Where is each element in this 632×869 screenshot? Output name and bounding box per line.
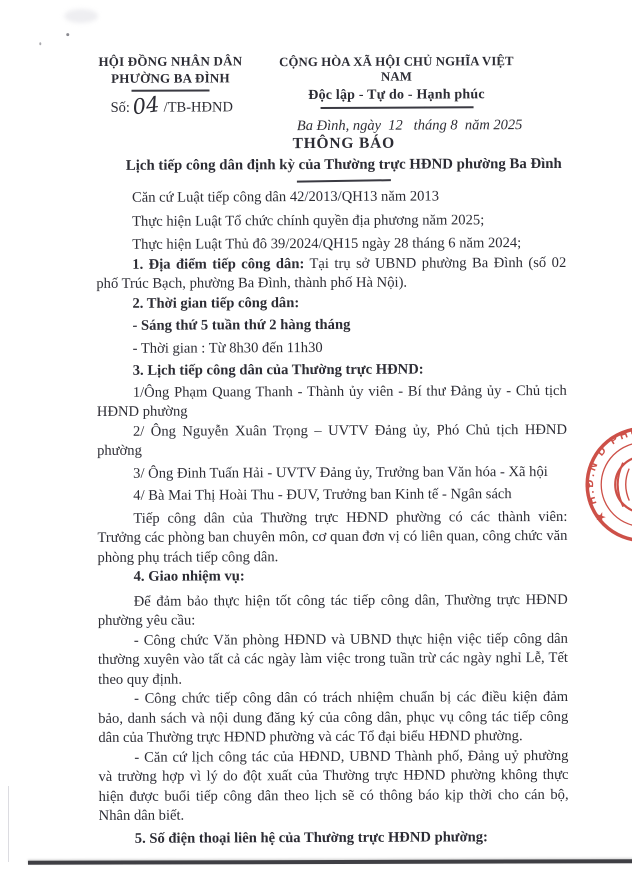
scan-speck — [39, 42, 41, 45]
national-block: CỘNG HÒA XÃ HỘI CHỦ NGHĨA VIỆT NAM Độc l… — [266, 54, 526, 135]
scanned-document-page: HỘI ĐỒNG NHÂN DÂN PHƯỜNG BA ĐÌNH Số:04/T… — [0, 0, 632, 869]
paragraph: 3. Lịch tiếp công dân của Thường trực HĐ… — [97, 360, 567, 382]
national-header: CỘNG HÒA XÃ HỘI CHỦ NGHĨA VIỆT NAM — [266, 54, 526, 85]
title-underline — [297, 179, 391, 182]
paragraph: Tiếp công dân của Thường trực HĐND phườn… — [97, 507, 567, 568]
dateline: Ba Đình, ngày 12 tháng 8 năm 2025 — [293, 117, 527, 135]
scan-content: HỘI ĐỒNG NHÂN DÂN PHƯỜNG BA ĐÌNH Số:04/T… — [0, 0, 632, 869]
paragraph: 2/ Ông Nguyễn Xuân Trọng – UVTV Đảng ủy,… — [97, 420, 567, 461]
paragraph: 3/ Ông Đinh Tuấn Hải - UVTV Đảng ủy, Trư… — [97, 462, 567, 484]
document-body: Căn cứ Luật tiếp công dân 42/2013/QH13 n… — [96, 187, 569, 849]
number-label: Số: — [111, 100, 130, 116]
paragraph: 5. Số điện thoại liên hệ của Thường trực… — [99, 827, 569, 849]
stamp-emblem-wreath-inner — [626, 469, 630, 501]
number-suffix: /TB-HĐND — [164, 99, 233, 115]
motto-underline — [320, 106, 473, 108]
paragraph: 2. Thời gian tiếp công dân: — [96, 292, 566, 314]
paragraph: - Căn cứ lịch công tác của HĐND, UBND Th… — [98, 746, 568, 826]
paragraph: - Sáng thứ 5 tuần thứ 2 hàng tháng — [96, 315, 566, 337]
national-motto: Độc lập - Tự do - Hạnh phúc — [266, 87, 526, 104]
paragraph: - Công chức tiếp công dân có trách nhiệm… — [98, 688, 568, 749]
paragraph: 4. Giao nhiệm vụ: — [98, 566, 568, 588]
paragraph: Thực hiện Luật Thủ đô 39/2024/QH15 ngày … — [96, 234, 566, 256]
document-number: Số:04/TB-HĐND — [111, 97, 233, 117]
doc-title: THÔNG BÁO — [69, 134, 619, 154]
title-block: THÔNG BÁO Lịch tiếp công dân định kỳ của… — [69, 134, 619, 183]
paragraph: - Thời gian : Từ 8h30 đến 11h30 — [97, 337, 567, 359]
paragraph: - Công chức Văn phòng HĐND và UBND thực … — [98, 629, 568, 690]
paragraph: Để đảm bảo thực hiện tốt công tác tiếp c… — [98, 590, 568, 631]
scan-smudge — [64, 9, 98, 23]
paragraph: Căn cứ Luật tiếp công dân 42/2013/QH13 n… — [96, 187, 566, 209]
paragraph: Thực hiện Luật Tổ chức chính quyền địa p… — [96, 210, 566, 232]
official-stamp: ★ H.Đ.N D PHƯỜNG — [565, 416, 632, 567]
issuer-name: HỘI ĐỒNG NHÂN DÂN — [72, 52, 268, 70]
issuer-underline — [131, 89, 209, 91]
paragraph: 1. Địa điểm tiếp công dân: Tại trụ sở UB… — [96, 253, 566, 294]
issuer-block: HỘI ĐỒNG NHÂN DÂN PHƯỜNG BA ĐÌNH — [72, 52, 268, 91]
paragraph: 4/ Bà Mai Thị Hoài Thu - ĐUV, Trưởng ban… — [97, 485, 567, 507]
ward-name: PHƯỜNG BA ĐÌNH — [72, 69, 268, 87]
number-value-handwritten: 04 — [132, 97, 160, 114]
scan-left-edge — [8, 786, 9, 862]
paragraph: 1/Ông Phạm Quang Thanh - Thành ủy viên -… — [97, 381, 567, 422]
doc-subtitle: Lịch tiếp công dân định kỳ của Thường tr… — [69, 156, 619, 175]
scan-speck — [66, 33, 69, 36]
